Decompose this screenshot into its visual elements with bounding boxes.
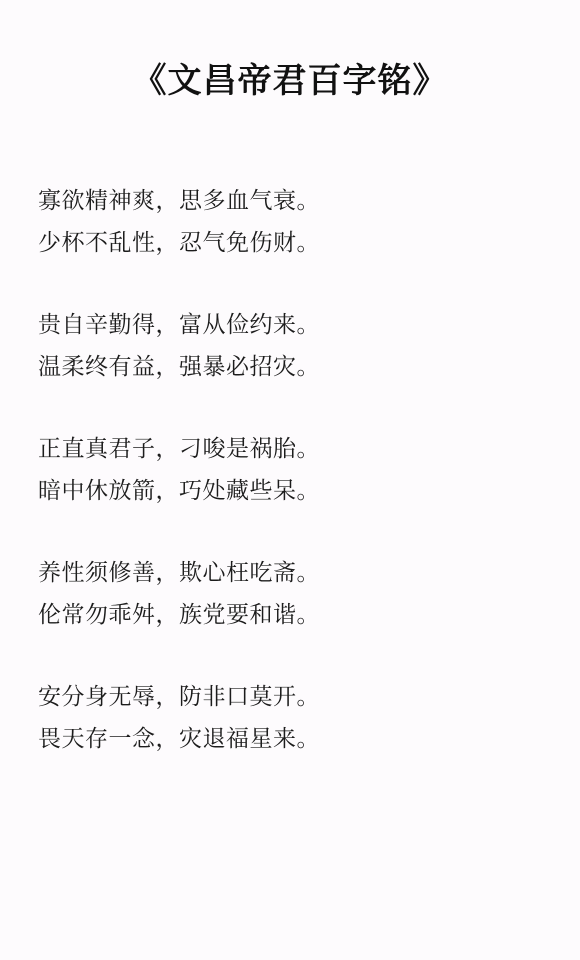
stanza-5: 安分身无辱，防非口莫开。 畏天存一念，灾退福星来。 [38,676,558,800]
poem-line: 寡欲精神爽，思多血气衰。 [38,180,558,222]
stanza-3: 正直真君子，刁唆是祸胎。 暗中休放箭，巧处藏些呆。 [38,428,558,552]
poem-line: 畏天存一念，灾退福星来。 [38,718,558,760]
poem-body: 寡欲精神爽，思多血气衰。 少杯不乱性，忍气免伤财。 贵自辛勤得，富从俭约来。 温… [38,180,558,800]
poem-line: 安分身无辱，防非口莫开。 [38,676,558,718]
stanza-4: 养性须修善，欺心枉吃斋。 伦常勿乖舛，族党要和谐。 [38,552,558,676]
stanza-1: 寡欲精神爽，思多血气衰。 少杯不乱性，忍气免伤财。 [38,180,558,304]
poem-line: 正直真君子，刁唆是祸胎。 [38,428,558,470]
poem-line: 贵自辛勤得，富从俭约来。 [38,304,558,346]
poem-line: 温柔终有益，强暴必招灾。 [38,346,558,388]
poem-line: 少杯不乱性，忍气免伤财。 [38,222,558,264]
poem-line: 养性须修善，欺心枉吃斋。 [38,552,558,594]
poem-line: 伦常勿乖舛，族党要和谐。 [38,594,558,636]
poem-line: 暗中休放箭，巧处藏些呆。 [38,470,558,512]
page-title: 《文昌帝君百字铭》 [0,56,580,106]
stanza-2: 贵自辛勤得，富从俭约来。 温柔终有益，强暴必招灾。 [38,304,558,428]
